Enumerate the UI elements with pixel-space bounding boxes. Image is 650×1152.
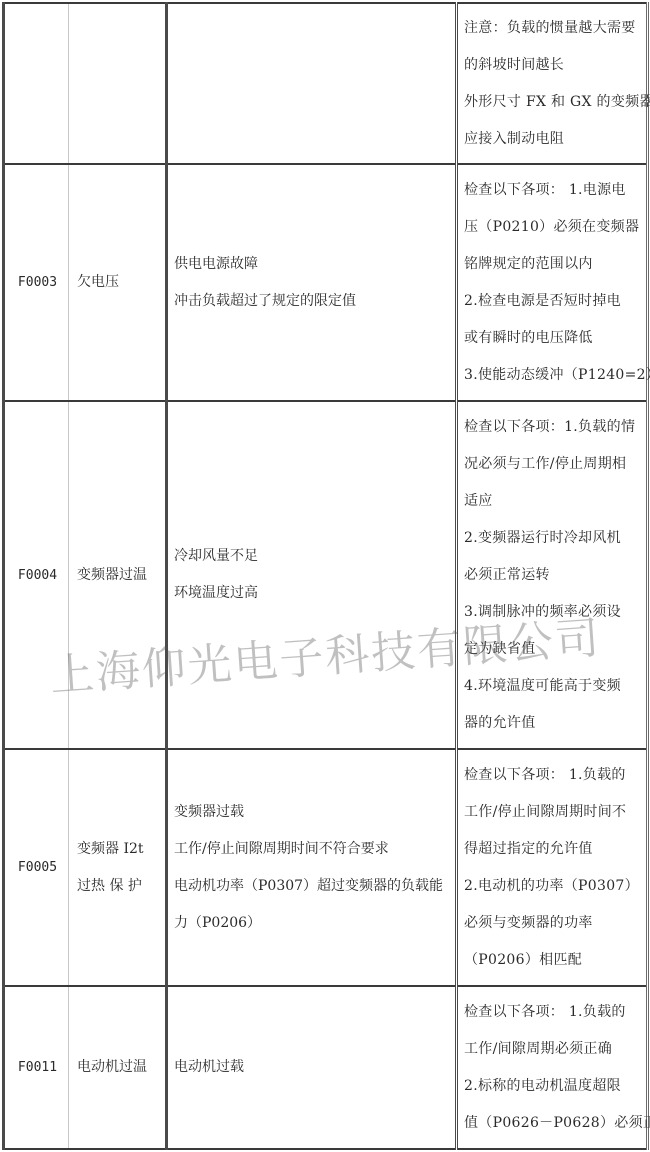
fault-code: F0011 [18,1060,57,1075]
fault-remedy-cell: 注意：负载的惯量越大需要 的斜坡时间越长 外形尺寸 FX 和 GX 的变频器 应… [457,3,648,164]
fault-code-cell: F0005 [4,749,69,986]
remedy-line: 2.变频器运行时冷却风机 [464,520,644,557]
table-row: F0004 变频器过温 冷却风量不足 环境温度过高 检查以下各项：1.负载的情 … [4,401,648,749]
fault-code-cell [4,3,69,164]
remedy-line: 必须与变频器的功率 [464,905,644,942]
remedy-line: 检查以下各项： 1.电源电 [464,172,644,209]
fault-code-table: 注意：负载的惯量越大需要 的斜坡时间越长 外形尺寸 FX 和 GX 的变频器 应… [2,2,649,1150]
cause-line: 力（P0206） [174,905,449,942]
remedy-line: 况必须与工作/停止周期相 [464,446,644,483]
remedy-line: 2.标称的电动机温度超限 [464,1068,644,1105]
remedy-line: 检查以下各项： 1.负载的 [464,757,644,794]
remedy-line: 工作/停止间隙周期时间不 [464,794,644,831]
fault-code: F0003 [18,275,57,290]
fault-name: 变频器 I2t [77,831,159,868]
fault-cause-cell: 电动机过载 [167,986,457,1149]
remedy-line: 适应 [464,483,644,520]
cause-line: 电动机过载 [174,1049,449,1086]
remedy-line: 必须正常运转 [464,557,644,594]
fault-name-cell: 变频器过温 [69,401,167,749]
cause-line: 电动机功率（P0307）超过变频器的负载能 [174,868,449,905]
remedy-line: 值（P0626－P0628）必须正 [464,1105,644,1142]
fault-name: 变频器过温 [77,557,159,594]
remedy-line: 器的允许值 [464,705,644,742]
remedy-line: 3.调制脉冲的频率必须设 [464,594,644,631]
remedy-line: 2.电动机的功率（P0307） [464,868,644,905]
table-row: F0005 变频器 I2t 过热 保 护 变频器过载 工作/停止间隙周期时间不符… [4,749,648,986]
fault-code-cell: F0004 [4,401,69,749]
table-row: F0003 欠电压 供电电源故障 冲击负载超过了规定的限定值 检查以下各项： 1… [4,164,648,401]
remedy-line: 检查以下各项：1.负载的情 [464,409,644,446]
remedy-line: 定为缺省值 [464,631,644,668]
fault-code: F0005 [18,860,57,875]
remedy-line: 的斜坡时间越长 [464,47,644,84]
fault-name: 欠电压 [77,264,159,301]
remedy-line: 得超过指定的允许值 [464,831,644,868]
remedy-line: 检查以下各项： 1.负载的 [464,994,644,1031]
remedy-line: 3.使能动态缓冲（P1240=2） [464,357,644,394]
fault-cause-cell: 变频器过载 工作/停止间隙周期时间不符合要求 电动机功率（P0307）超过变频器… [167,749,457,986]
remedy-line: 应接入制动电阻 [464,121,644,158]
fault-code: F0004 [18,568,57,583]
cause-line: 冷却风量不足 [174,538,449,575]
cause-line: 工作/停止间隙周期时间不符合要求 [174,831,449,868]
remedy-line: 铭牌规定的范围以内 [464,246,644,283]
fault-code-cell: F0011 [4,986,69,1149]
fault-cause-cell: 供电电源故障 冲击负载超过了规定的限定值 [167,164,457,401]
remedy-line: 外形尺寸 FX 和 GX 的变频器 [464,84,644,121]
fault-name: 电动机过温 [77,1049,159,1086]
fault-cause-cell: 冷却风量不足 环境温度过高 [167,401,457,749]
cause-line: 环境温度过高 [174,575,449,612]
remedy-line: 或有瞬时的电压降低 [464,320,644,357]
remedy-line: 4.环境温度可能高于变频 [464,668,644,705]
fault-name-cell: 欠电压 [69,164,167,401]
table-row: F0011 电动机过温 电动机过载 检查以下各项： 1.负载的 工作/间隙周期必… [4,986,648,1149]
fault-remedy-cell: 检查以下各项： 1.负载的 工作/停止间隙周期时间不 得超过指定的允许值 2.电… [457,749,648,986]
fault-remedy-cell: 检查以下各项： 1.负载的 工作/间隙周期必须正确 2.标称的电动机温度超限 值… [457,986,648,1149]
fault-name: 过热 保 护 [77,868,159,905]
cause-line: 变频器过载 [174,794,449,831]
fault-code-cell: F0003 [4,164,69,401]
fault-cause-cell [167,3,457,164]
cause-line: 冲击负载超过了规定的限定值 [174,283,449,320]
remedy-line: （P0206）相匹配 [464,942,644,979]
fault-name-cell: 电动机过温 [69,986,167,1149]
table-row: 注意：负载的惯量越大需要 的斜坡时间越长 外形尺寸 FX 和 GX 的变频器 应… [4,3,648,164]
remedy-line: 压（P0210）必须在变频器 [464,209,644,246]
fault-table-body: 注意：负载的惯量越大需要 的斜坡时间越长 外形尺寸 FX 和 GX 的变频器 应… [4,3,648,1149]
fault-name-cell: 变频器 I2t 过热 保 护 [69,749,167,986]
remedy-line: 工作/间隙周期必须正确 [464,1031,644,1068]
fault-remedy-cell: 检查以下各项：1.负载的情 况必须与工作/停止周期相 适应 2.变频器运行时冷却… [457,401,648,749]
cause-line: 供电电源故障 [174,246,449,283]
remedy-line: 2.检查电源是否短时掉电 [464,283,644,320]
fault-remedy-cell: 检查以下各项： 1.电源电 压（P0210）必须在变频器 铭牌规定的范围以内 2… [457,164,648,401]
remedy-line: 注意：负载的惯量越大需要 [464,10,644,47]
fault-name-cell [69,3,167,164]
